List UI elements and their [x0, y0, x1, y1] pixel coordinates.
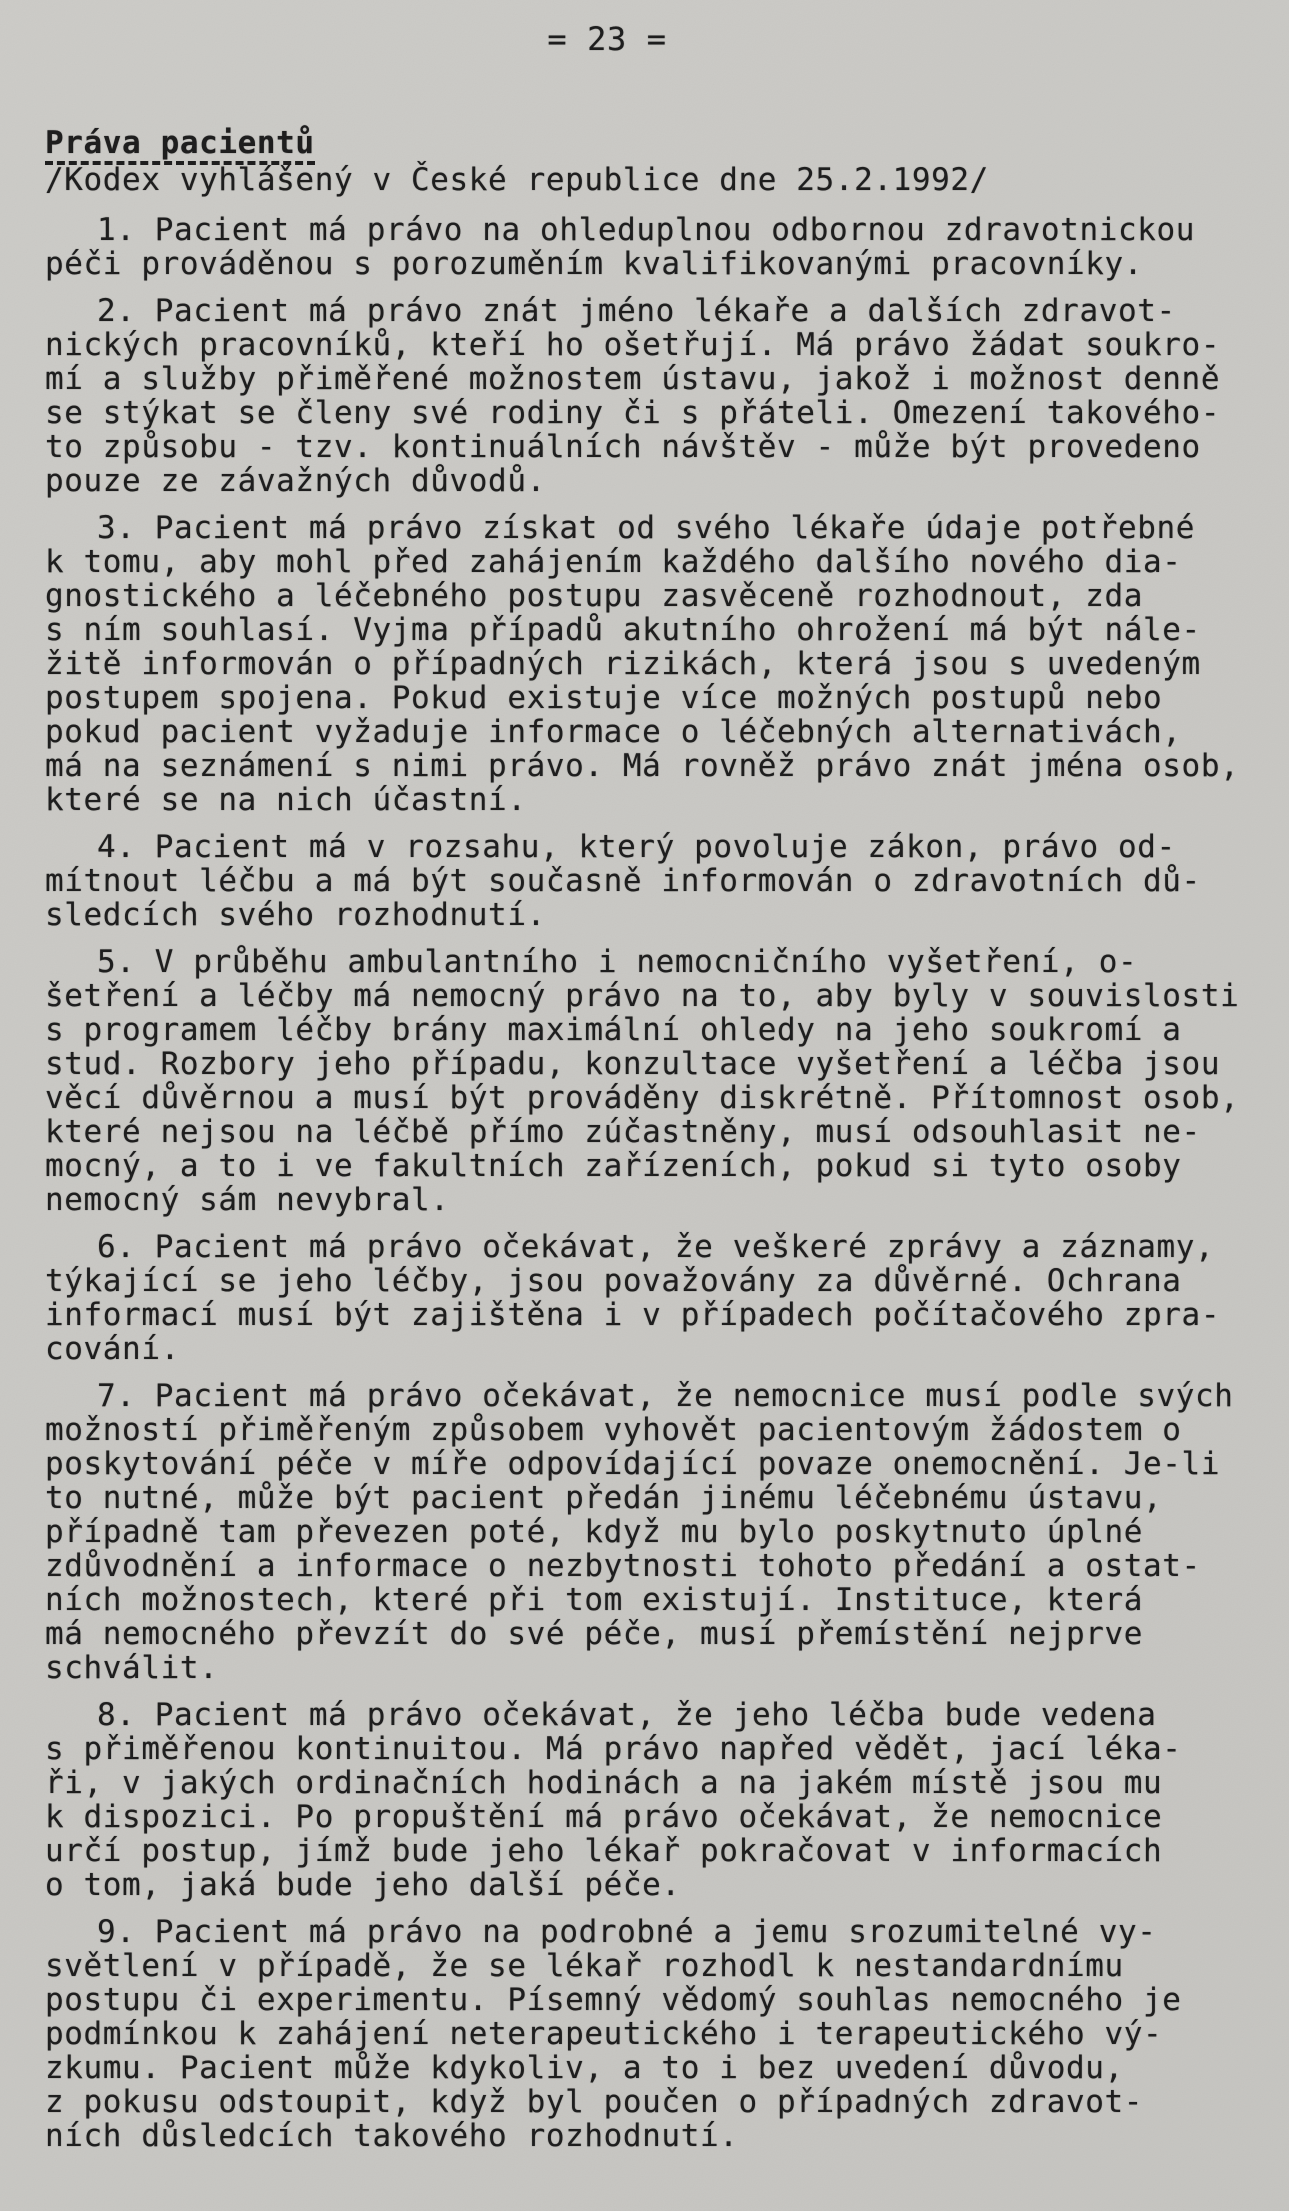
- paragraph-8: 8. Pacient má právo očekávat, že jeho lé…: [45, 1698, 1259, 1902]
- document-page: = 23 = Práva pacientů /Kodex vyhlášený v…: [0, 0, 1289, 2211]
- document-body: 1. Pacient má právo na ohleduplnou odbor…: [45, 213, 1259, 2153]
- document-subtitle: /Kodex vyhlášený v České republice dne 2…: [45, 163, 1259, 197]
- paragraph-1: 1. Pacient má právo na ohleduplnou odbor…: [45, 213, 1259, 281]
- paragraph-5: 5. V průběhu ambulantního i nemocničního…: [45, 945, 1259, 1217]
- paragraph-4: 4. Pacient má v rozsahu, který povoluje …: [45, 830, 1259, 932]
- paragraph-9: 9. Pacient má právo na podrobné a jemu s…: [45, 1915, 1259, 2153]
- title-block: Práva pacientů /Kodex vyhlášený v České …: [45, 126, 1259, 197]
- paragraph-3: 3. Pacient má právo získat od svého léka…: [45, 511, 1259, 817]
- page-content: = 23 = Práva pacientů /Kodex vyhlášený v…: [0, 0, 1289, 2153]
- page-number: = 23 =: [45, 22, 1259, 56]
- paragraph-2: 2. Pacient má právo znát jméno lékaře a …: [45, 294, 1259, 498]
- paragraph-7: 7. Pacient má právo očekávat, že nemocni…: [45, 1379, 1259, 1685]
- paragraph-6: 6. Pacient má právo očekávat, že veškeré…: [45, 1230, 1259, 1366]
- document-title: Práva pacientů: [45, 126, 315, 165]
